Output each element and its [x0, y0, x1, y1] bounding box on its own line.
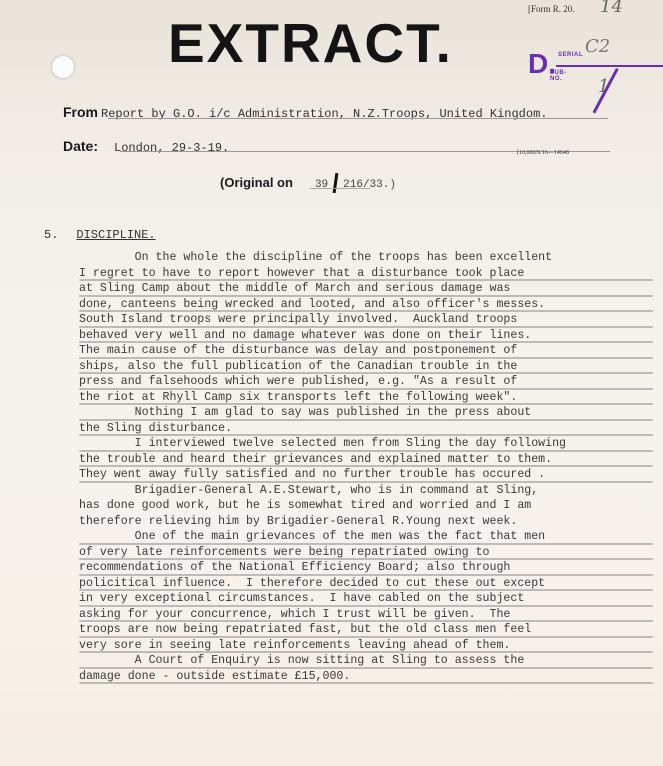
original-reference: (Original on39216/33.) [220, 173, 396, 193]
text-line: I regret to have to report however that … [79, 266, 663, 282]
text-line: the riot at Rhyll Camp six transports le… [79, 390, 663, 406]
text-line: very sore in seeing late reinforcements … [79, 638, 663, 654]
text-line: at Sling Camp about the middle of March … [79, 281, 663, 297]
stamp-serial-label: SERIAL [558, 52, 583, 58]
date-field: Date:London, 29-3-19. [63, 138, 229, 156]
text-line: The main cause of the disturbance was de… [79, 343, 663, 359]
text-line: therefore relieving him by Brigadier-Gen… [79, 514, 663, 530]
text-line: South Island troops were principally inv… [79, 312, 663, 328]
handwritten-page-number: 14 [600, 0, 623, 17]
text-line: On the whole the discipline of the troop… [79, 250, 663, 266]
text-line: behaved very well and no damage whatever… [79, 328, 663, 344]
section-heading-row: 5.DISCIPLINE. [44, 228, 156, 242]
text-line: One of the main grievances of the men wa… [79, 529, 663, 545]
document-title: EXTRACT. [168, 16, 453, 71]
text-line: ships, also the full publication of the … [79, 359, 663, 375]
slash-mark [333, 173, 339, 193]
original-rule [310, 188, 370, 189]
text-line: asking for your concurrence, which I tru… [79, 607, 663, 623]
text-line: the Sling disturbance. [79, 421, 663, 437]
text-line: recommendations of the National Efficien… [79, 560, 663, 576]
text-line: Nothing I am glad to say was published i… [79, 405, 663, 421]
text-line: has done good work, but he is somewhat t… [79, 498, 663, 514]
text-line: of very late reinforcements were being r… [79, 545, 663, 561]
from-field: FromReport by G.O. i/c Administration, N… [63, 104, 547, 122]
document-page: [Form R. 20. 14 EXTRACT. D. SERIAL SUB-N… [0, 0, 663, 766]
date-label: Date: [63, 138, 98, 154]
text-line: A Court of Enquiry is now sitting at Sli… [79, 653, 663, 669]
text-line: press and falsehoods which were publishe… [79, 374, 663, 390]
handwritten-serial: C2 [585, 36, 610, 57]
from-rule [108, 118, 608, 119]
text-line: damage done - outside estimate £15,000. [79, 669, 663, 685]
text-line: I interviewed twelve selected men from S… [79, 436, 663, 452]
stamp-sub-label: SUB-NO. [550, 70, 567, 82]
text-line: policitical influence. I therefore decid… [79, 576, 663, 592]
pen-slash-mark [593, 68, 619, 114]
original-ref-number: 216/33.) [343, 179, 396, 191]
section-number: 5. [44, 228, 58, 242]
text-line: troops are now being repatriated fast, b… [79, 622, 663, 638]
section-body: On the whole the discipline of the troop… [79, 250, 663, 684]
form-number: [Form R. 20. [528, 4, 575, 14]
text-line: They went away fully satisfied and no fu… [79, 467, 663, 483]
text-line: done, canteens being wrecked and looted,… [79, 297, 663, 313]
original-label: (Original on [220, 175, 293, 190]
from-label: From [63, 104, 98, 120]
printer-code: [10,000/9/16—14648 [517, 150, 569, 156]
section-heading: DISCIPLINE. [76, 228, 155, 242]
date-value: London, 29-3-19. [114, 141, 229, 155]
original-file-number: 39 [315, 179, 328, 191]
text-line: in very exceptional circumstances. I hav… [79, 591, 663, 607]
punch-hole [52, 56, 74, 78]
stamp-divider [556, 65, 663, 67]
text-line: the trouble and heard their grievances a… [79, 452, 663, 468]
text-line: Brigadier-General A.E.Stewart, who is in… [79, 483, 663, 499]
